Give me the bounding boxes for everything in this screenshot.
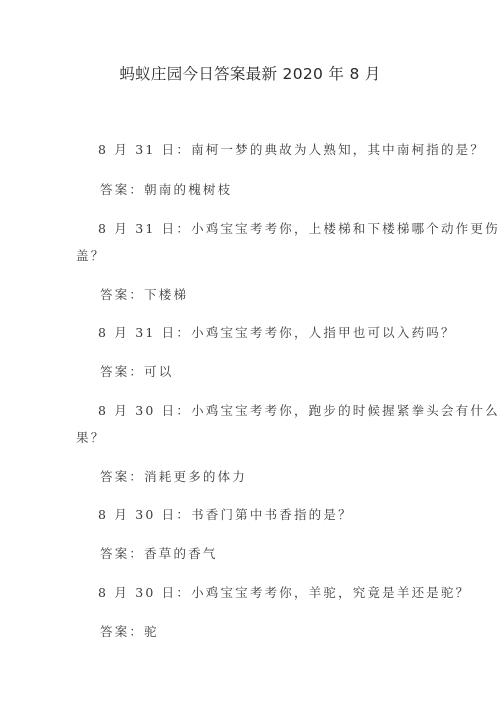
question-text: 8 月 31 日：小鸡宝宝考考你，上楼梯和下楼梯哪个动作更伤膝	[98, 219, 500, 237]
question-text: 8 月 30 日：小鸡宝宝考考你，跑步的时候握紧拳头会有什么结	[98, 401, 500, 419]
answer-text: 答案：朝南的槐树枝	[100, 180, 232, 198]
answer-text: 答案：可以	[100, 362, 174, 380]
answer-text: 答案：香草的香气	[100, 544, 218, 562]
answer-text: 答案：下楼梯	[100, 285, 188, 303]
answer-text: 答案：驼	[100, 622, 159, 640]
question-text: 8 月 30 日：书香门第中书香指的是？	[98, 505, 353, 523]
answer-text: 答案：消耗更多的体力	[100, 467, 247, 485]
question-text-continued: 盖？	[76, 246, 105, 264]
document-title: 蚂蚁庄园今日答案最新 2020 年 8 月	[0, 62, 500, 84]
question-text: 8 月 31 日：南柯一梦的典故为人熟知，其中南柯指的是？	[98, 140, 485, 158]
question-text: 8 月 30 日：小鸡宝宝考考你，羊驼，究竟是羊还是驼？	[98, 583, 470, 601]
question-text-continued: 果？	[76, 428, 105, 446]
question-text: 8 月 31 日：小鸡宝宝考考你，人指甲也可以入药吗？	[98, 323, 456, 341]
